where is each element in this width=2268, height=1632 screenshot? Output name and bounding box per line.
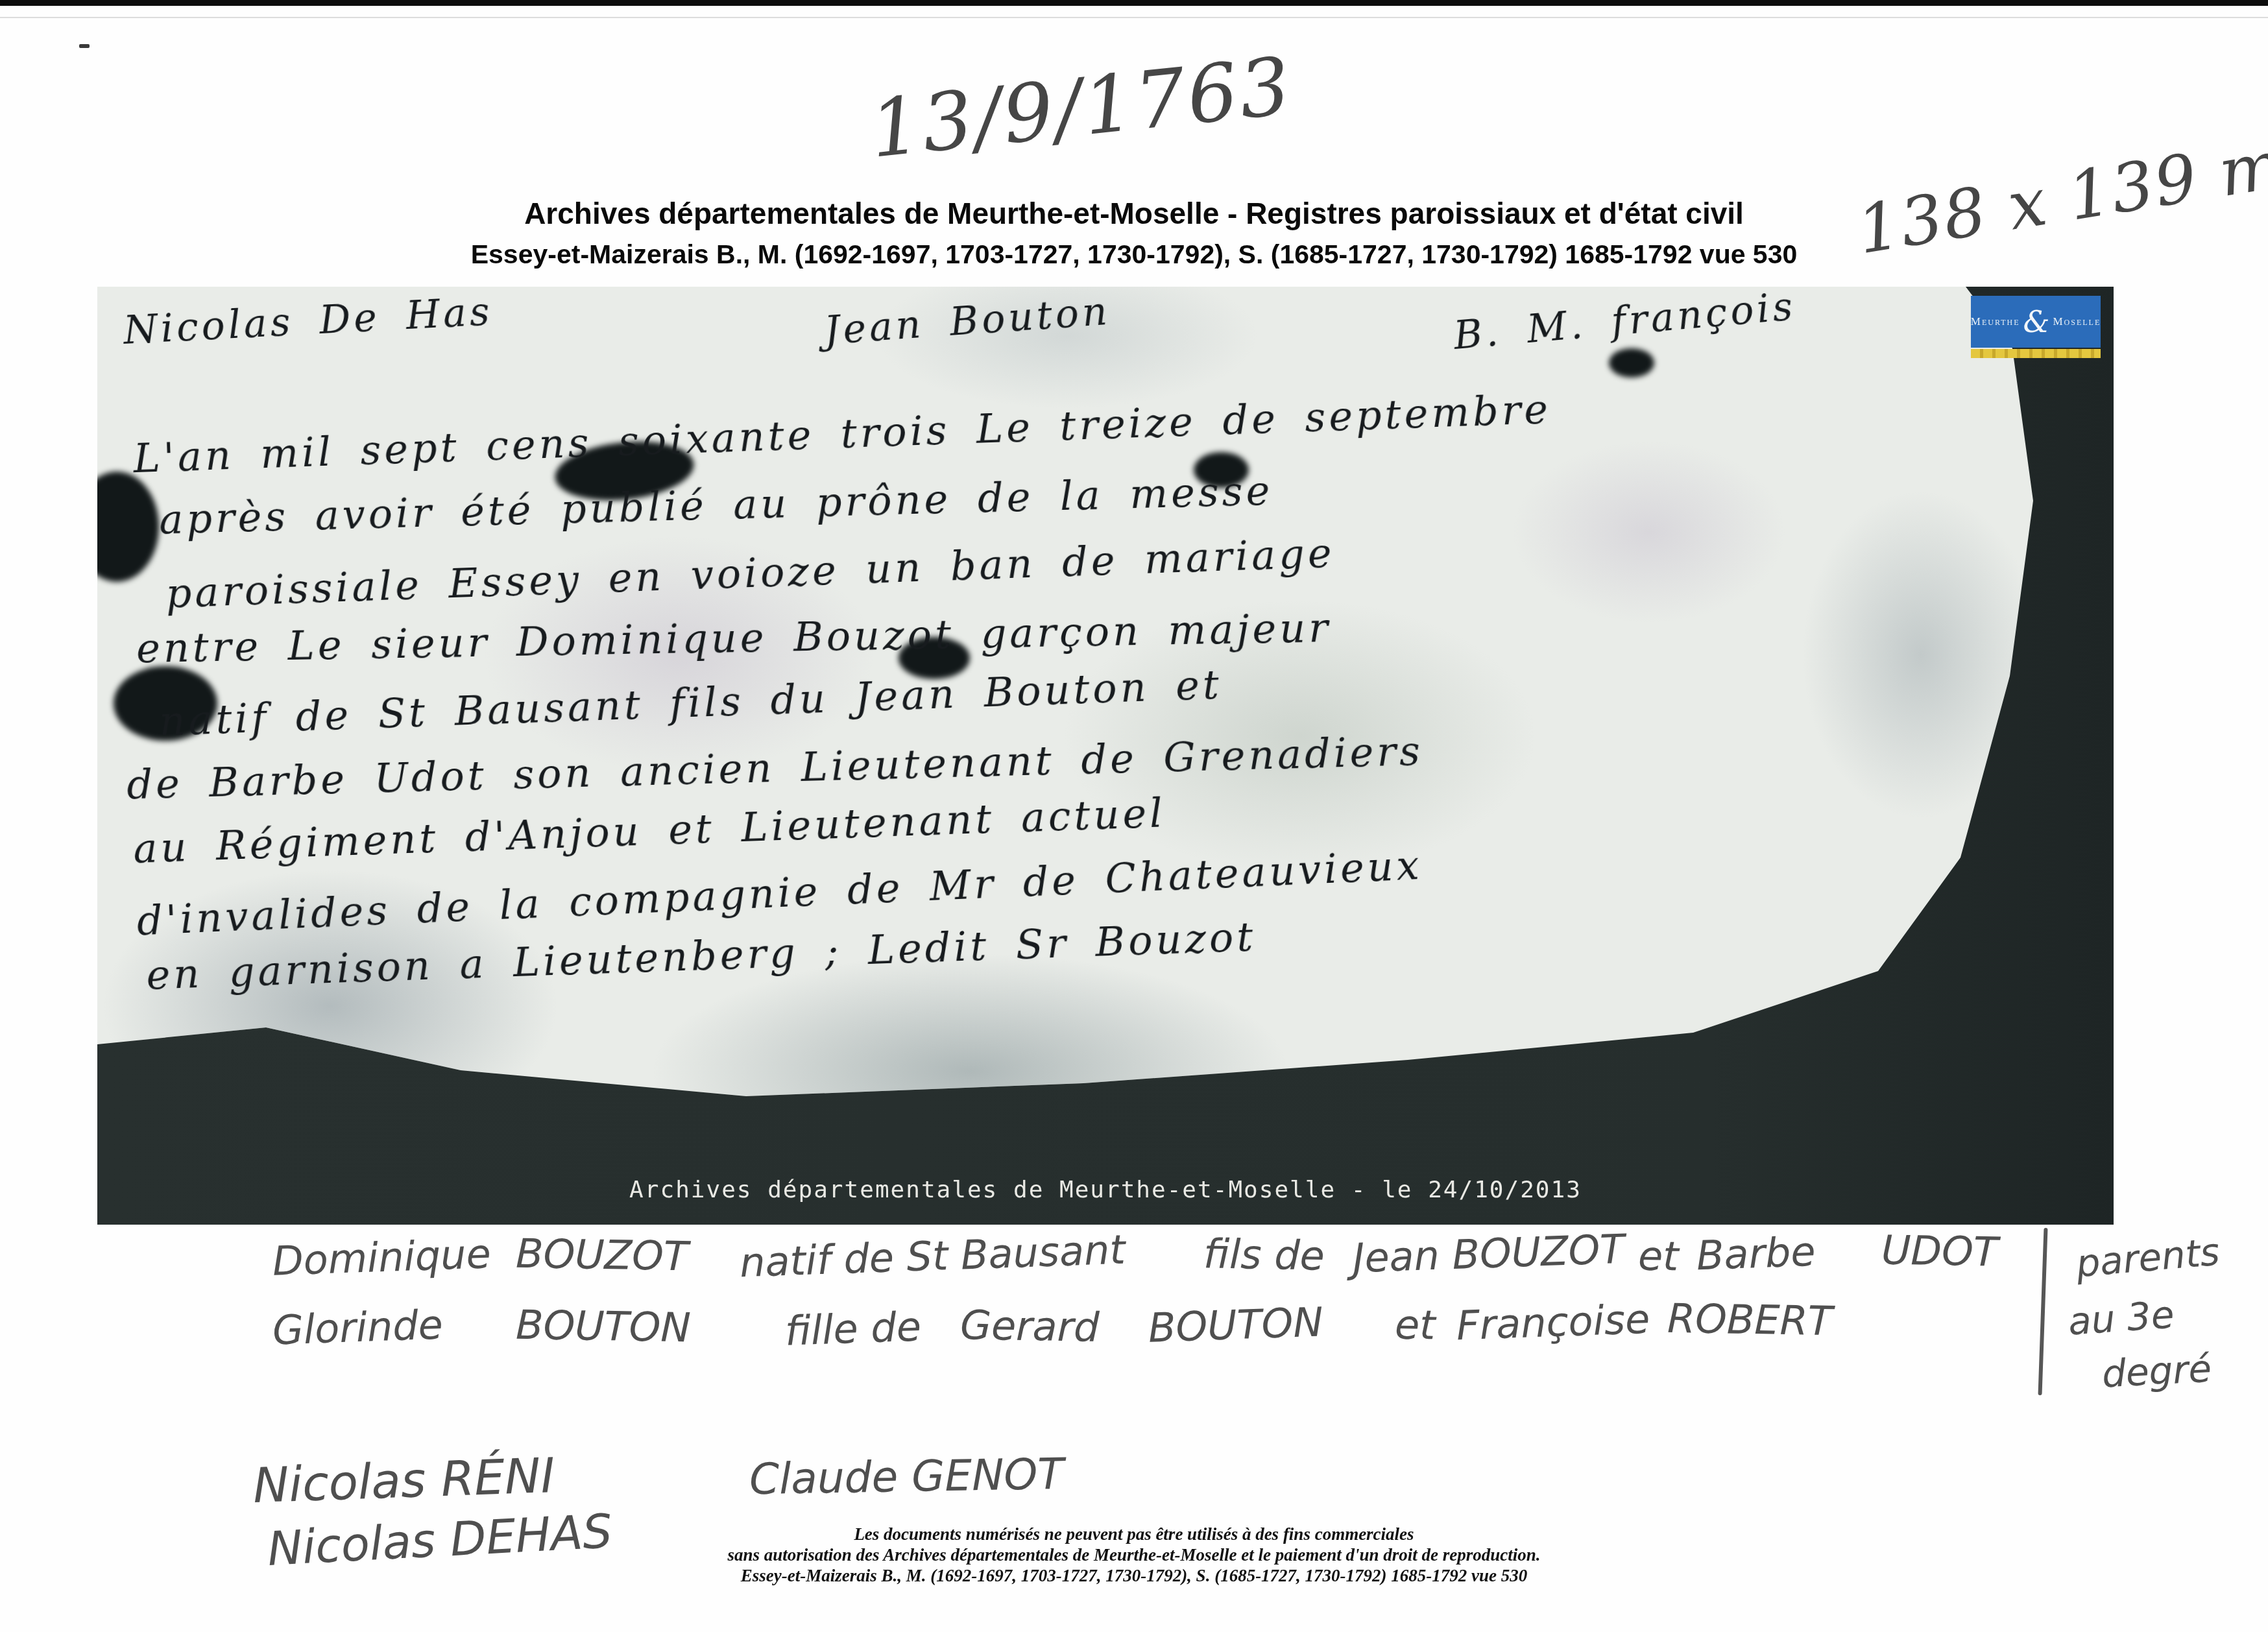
archive-header-title: Archives départementales de Meurthe-et-M…: [0, 197, 2268, 230]
annotation-conjunction: et: [1637, 1232, 1679, 1280]
footer-notice-line1: Les documents numérisés ne peuvent pas ê…: [0, 1524, 2268, 1544]
logo-text-right: Moselle: [2053, 315, 2101, 328]
side-note-bar: [2038, 1228, 2047, 1395]
scan-caption: Archives départementales de Meurthe-et-M…: [97, 1177, 2114, 1203]
annotation-groom-firstname: Dominique: [272, 1230, 492, 1285]
photocopy-scan-line: [0, 17, 2268, 18]
footer-notice-line3: Essey-et-Maizerais B., M. (1692-1697, 17…: [0, 1566, 2268, 1586]
witness-name: Claude GENOT: [749, 1449, 1064, 1504]
register-scan-image: Nicolas De Has Jean Bouton B. M. françoi…: [97, 287, 2114, 1225]
annotation-filiation-label: fils de: [1203, 1230, 1325, 1279]
ink-blot: [1609, 348, 1654, 378]
side-note-line: au 3e: [2067, 1292, 2176, 1343]
witness-name: Nicolas RÉNI: [252, 1448, 556, 1514]
annotation-filiation-label: fille de: [784, 1302, 922, 1354]
annotation-conjunction: et: [1394, 1301, 1436, 1349]
annotation-mother-surname: UDOT: [1881, 1226, 1998, 1275]
annotation-mother-firstname: Barbe: [1696, 1228, 1816, 1279]
annotation-bride-surname: BOUTON: [515, 1301, 691, 1352]
handwritten-date-note: 13/9/1763: [865, 40, 1296, 175]
logo-text-left: Meurthe: [1971, 315, 2020, 328]
side-note-line: parents: [2074, 1229, 2221, 1286]
logo-yellow-stripe: [1971, 349, 2101, 358]
photocopy-top-edge: [0, 0, 2268, 6]
annotation-bride-firstname: Glorinde: [272, 1301, 444, 1354]
annotation-father-name: Gerard: [959, 1301, 1100, 1351]
side-note-line: degré: [2101, 1347, 2212, 1397]
photocopy-page: 13/9/1763 138 x 139 m Archives départeme…: [0, 0, 2268, 1632]
archive-header-subtitle: Essey-et-Maizerais B., M. (1692-1697, 17…: [0, 240, 2268, 269]
annotation-mother-surname: ROBERT: [1667, 1295, 1833, 1345]
annotation-groom-surname: BOUZOT: [515, 1230, 688, 1280]
ampersand-glyph: &: [2023, 304, 2050, 339]
annotation-mother-firstname: Françoise: [1456, 1295, 1651, 1349]
photocopy-speck: [79, 44, 90, 48]
meurthe-et-moselle-logo: Meurthe & Moselle: [1971, 296, 2101, 348]
footer-notice-line2: sans autorisation des Archives départeme…: [0, 1545, 2268, 1565]
annotation-father-name: Jean BOUZOT: [1352, 1225, 1626, 1282]
annotation-father-surname: BOUTON: [1148, 1298, 1324, 1351]
annotation-groom-origin: natif de St Bausant: [739, 1226, 1126, 1287]
